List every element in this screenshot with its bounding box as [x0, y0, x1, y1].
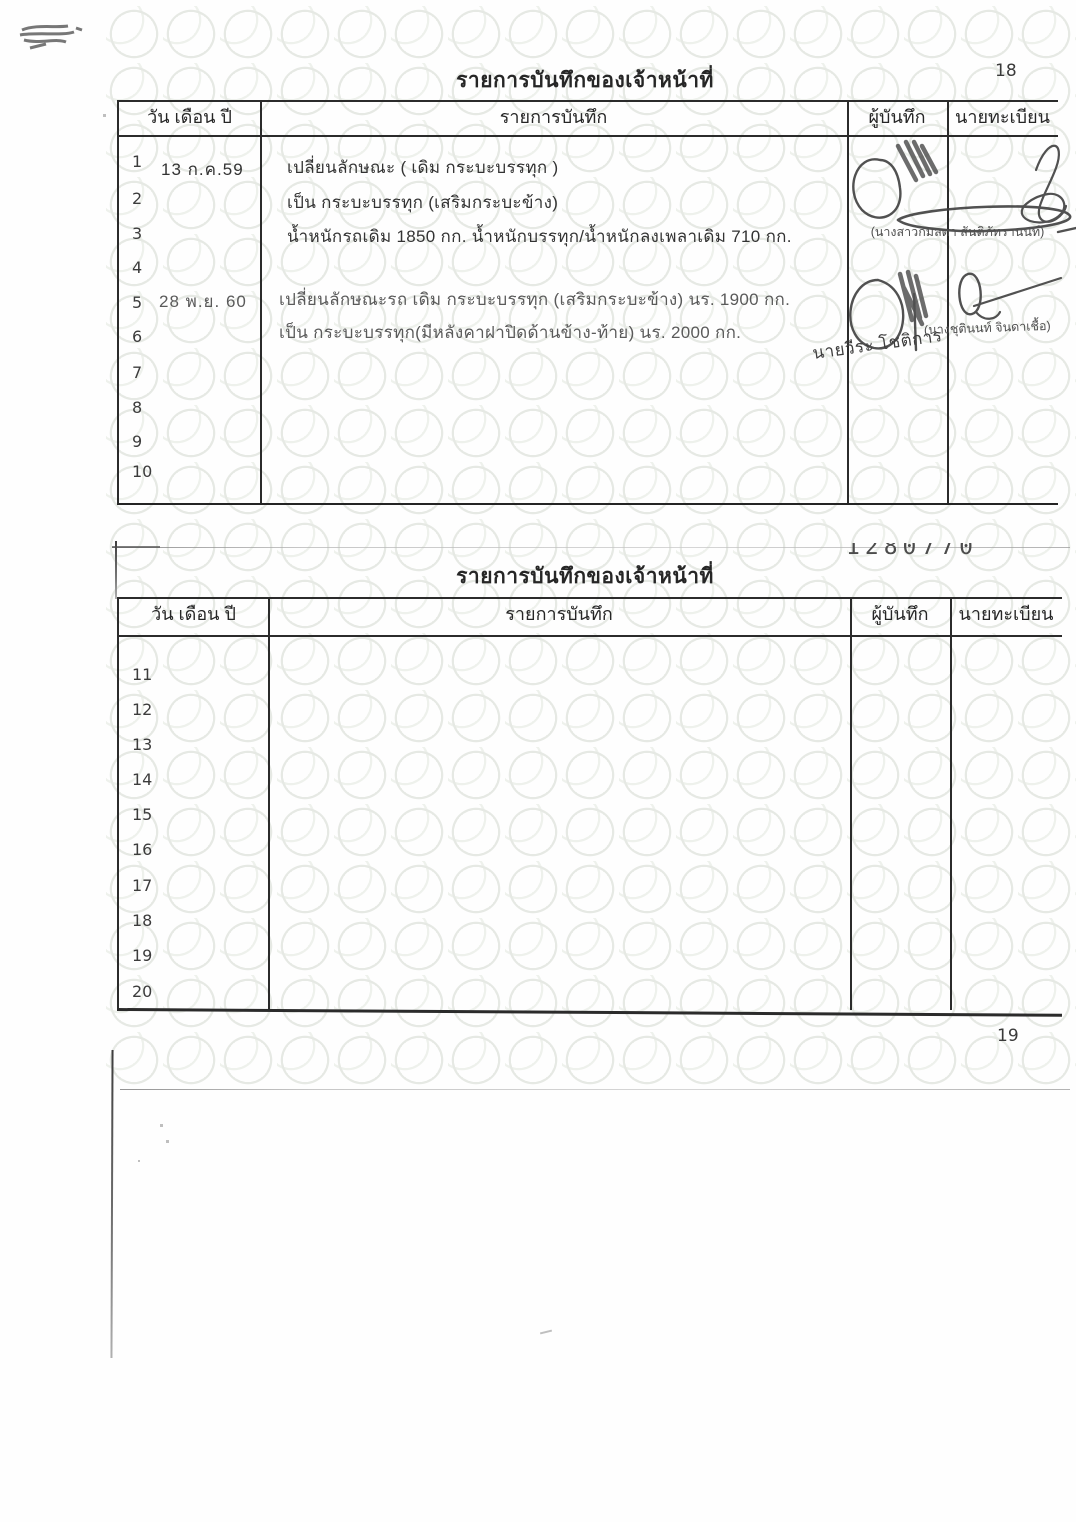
recorder-name-stamp-entry1: (นางสาวกมลดา สันติภัทรานนท์) — [850, 222, 1065, 242]
row-number: 5 — [132, 293, 162, 312]
header-recorder: ผู้บันทึก — [850, 599, 950, 635]
paper-bottom-left-edge — [110, 1050, 113, 1358]
column-divider — [268, 599, 270, 1010]
scan-speck — [103, 114, 106, 117]
column-divider — [947, 102, 949, 503]
scan-speck — [166, 1140, 169, 1143]
page-edge-line-dark — [112, 546, 160, 548]
header-recorder: ผู้บันทึก — [847, 102, 947, 135]
column-divider — [950, 599, 952, 1010]
entry1-date: 13 ก.ค.59 — [161, 156, 244, 183]
scan-speck — [160, 1124, 163, 1127]
paper-bottom-edge — [120, 1089, 1070, 1090]
header-record: รายการบันทึก — [260, 102, 847, 135]
header-registrar: นายทะเบียน — [947, 102, 1058, 135]
entry2-line2: เป็น กระบะบรรทุก(มีหลังคาฝาปิดด้านข้าง-ท… — [279, 319, 741, 346]
row-number: 4 — [132, 258, 162, 277]
header-registrar: นายทะเบียน — [950, 599, 1062, 635]
row-number: 15 — [132, 805, 162, 824]
entry1-line1: เปลี่ยนลักษณะ ( เดิม กระบะบรรทุก ) — [287, 154, 558, 181]
row-number: 14 — [132, 770, 162, 789]
row-number: 12 — [132, 700, 162, 719]
scan-speck — [138, 1160, 140, 1162]
row-number: 1 — [132, 152, 162, 171]
row-number: 16 — [132, 840, 162, 859]
row-number: 9 — [132, 432, 162, 451]
row-number: 6 — [132, 327, 162, 346]
scan-smudge-mark — [16, 22, 96, 56]
row-number: 10 — [132, 462, 162, 481]
section2-title: รายการบันทึกของเจ้าหน้าที่ — [235, 560, 935, 593]
row-number: 2 — [132, 189, 162, 208]
row-number: 18 — [132, 911, 162, 930]
scan-speck — [540, 1330, 552, 1335]
entry2-date: 28 พ.ย. 60 — [159, 288, 247, 315]
row-number: 11 — [132, 665, 162, 684]
row-number: 20 — [132, 982, 162, 1001]
entry1-line2: เป็น กระบะบรรทุก (เสริมกระบะข้าง) — [287, 189, 558, 216]
row-number: 3 — [132, 224, 162, 243]
column-divider — [850, 599, 852, 1010]
scanned-registration-page: รายการบันทึกของเจ้าหน้าที่ 18 วัน เดือน … — [0, 0, 1076, 1522]
records-table-1: วัน เดือน ปี รายการบันทึก ผู้บันทึก นายท… — [117, 100, 1058, 505]
header-record: รายการบันทึก — [268, 599, 850, 635]
row-number: 7 — [132, 363, 162, 382]
column-divider — [847, 102, 849, 503]
page-number-18: 18 — [995, 61, 1017, 81]
records-table-2: วัน เดือน ปี รายการบันทึก ผู้บันทึก นายท… — [117, 597, 1062, 1010]
entry1-line3: น้ำหนักรถเดิม 1850 กก. น้ำหนักบรรทุก/น้ำ… — [287, 223, 792, 250]
row-number: 8 — [132, 398, 162, 417]
row-number: 13 — [132, 735, 162, 754]
entry2-line1: เปลี่ยนลักษณะรถ เดิม กระบะบรรทุก (เสริมก… — [279, 286, 790, 313]
row-number: 19 — [132, 946, 162, 965]
page-left-edge — [115, 541, 117, 599]
section1-title: รายการบันทึกของเจ้าหน้าที่ — [235, 64, 935, 97]
header-date: วัน เดือน ปี — [119, 599, 268, 635]
row-number: 17 — [132, 876, 162, 895]
table-header-row: วัน เดือน ปี รายการบันทึก ผู้บันทึก นายท… — [119, 102, 1058, 137]
column-divider — [260, 102, 262, 503]
page-number-19: 19 — [997, 1026, 1019, 1046]
header-date: วัน เดือน ปี — [119, 102, 260, 135]
table-header-row: วัน เดือน ปี รายการบันทึก ผู้บันทึก นายท… — [119, 599, 1062, 637]
